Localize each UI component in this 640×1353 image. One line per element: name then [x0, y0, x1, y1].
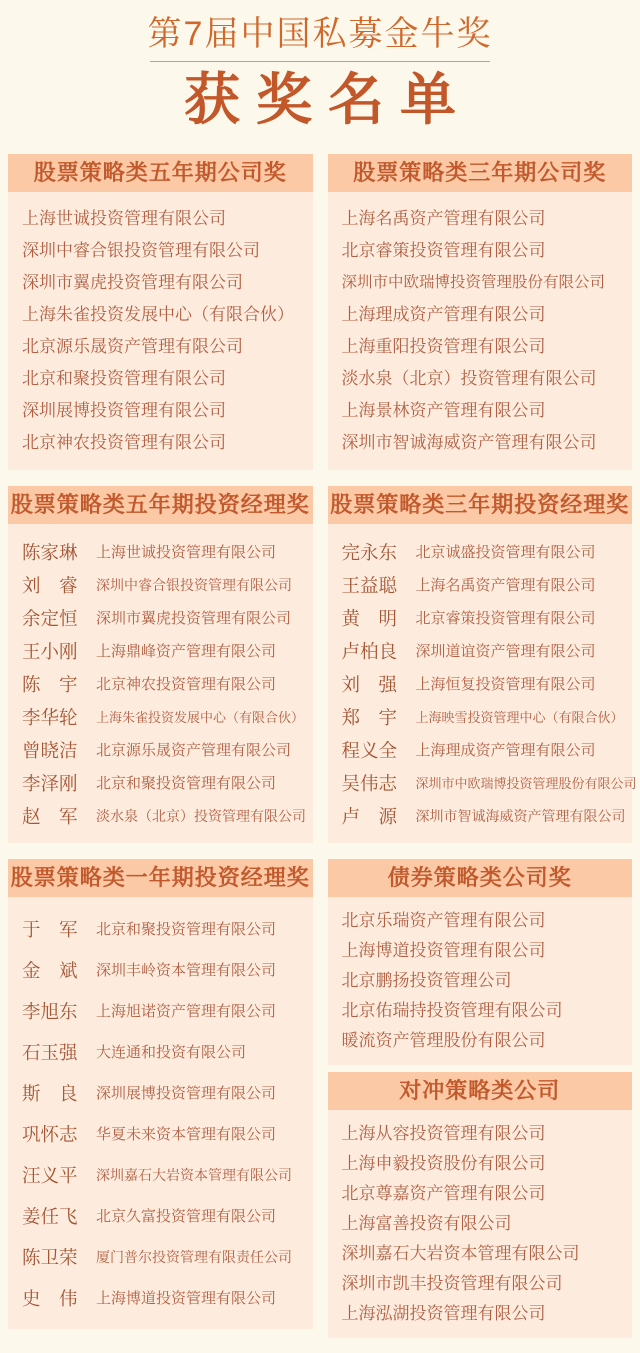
award-columns: 股票策略类五年期公司奖上海世诚投资管理有限公司深圳中睿合银投资管理有限公司深圳市…	[0, 154, 640, 1353]
winner-company: 上海旭诺资产管理有限公司	[88, 1000, 276, 1021]
winner-name: 陈 宇	[22, 671, 88, 697]
award-company: 北京睿策投资管理有限公司	[342, 235, 627, 267]
winner-company: 深圳展博投资管理有限公司	[88, 1082, 276, 1103]
winner-row: 李华轮上海朱雀投资发展中心（有限合伙）	[22, 700, 307, 733]
award-company: 深圳嘉石大岩资本管理有限公司	[342, 1239, 627, 1269]
winner-company: 深圳市翼虎投资管理有限公司	[88, 607, 291, 628]
winner-name: 刘 强	[342, 671, 408, 697]
winner-name: 王小刚	[22, 638, 88, 664]
award-company: 上海景林资产管理有限公司	[342, 395, 627, 427]
winner-name: 郑 宇	[342, 704, 408, 730]
winner-name: 吴伟志	[342, 770, 408, 796]
award-company: 深圳市智诚海威资产管理有限公司	[342, 427, 627, 459]
award-section-title: 债券策略类公司奖	[328, 859, 633, 897]
award-company: 暖流资产管理股份有限公司	[342, 1026, 627, 1056]
winner-row: 卢 源深圳市智诚海威资产管理有限公司	[342, 799, 627, 832]
winner-row: 黄 明北京睿策投资管理有限公司	[342, 601, 627, 634]
winner-name: 李华轮	[22, 704, 88, 730]
award-section: 债券策略类公司奖北京乐瑞资产管理有限公司上海博道投资管理有限公司北京鹏扬投资管理…	[328, 859, 633, 1065]
winner-company: 淡水泉（北京）投资管理有限公司	[88, 806, 306, 826]
award-company: 淡水泉（北京）投资管理有限公司	[342, 363, 627, 395]
winner-name: 程义全	[342, 737, 408, 763]
winner-row: 程义全上海理成资产管理有限公司	[342, 733, 627, 766]
winner-row: 赵 军淡水泉（北京）投资管理有限公司	[22, 799, 307, 832]
winner-name: 完永东	[342, 539, 408, 565]
award-company: 上海名禹资产管理有限公司	[342, 203, 627, 235]
award-list: 上海名禹资产管理有限公司北京睿策投资管理有限公司深圳市中欧瑞博投资管理股份有限公…	[328, 192, 633, 470]
award-company: 上海朱雀投资发展中心（有限合伙）	[22, 299, 307, 331]
winner-company: 深圳道谊资产管理有限公司	[408, 640, 596, 661]
winner-company: 上海世诚投资管理有限公司	[88, 541, 276, 562]
award-section: 股票策略类五年期公司奖上海世诚投资管理有限公司深圳中睿合银投资管理有限公司深圳市…	[8, 154, 313, 470]
award-section: 股票策略类一年期投资经理奖于 军北京和聚投资管理有限公司金 斌深圳丰岭资本管理有…	[8, 859, 313, 1329]
event-title: 第7届中国私募金牛奖	[0, 14, 640, 54]
winner-name: 斯 良	[22, 1080, 88, 1106]
award-company: 北京尊嘉资产管理有限公司	[342, 1179, 627, 1209]
winner-name: 曾晓洁	[22, 737, 88, 763]
winner-row: 王益聪上海名禹资产管理有限公司	[342, 568, 627, 601]
winner-company: 深圳中睿合银投资管理有限公司	[88, 575, 292, 595]
winner-row: 刘 强上海恒复投资管理有限公司	[342, 667, 627, 700]
winner-row: 陈家琳上海世诚投资管理有限公司	[22, 535, 307, 568]
award-section-title: 股票策略类三年期投资经理奖	[328, 486, 633, 524]
winner-row: 余定恒深圳市翼虎投资管理有限公司	[22, 601, 307, 634]
winner-company: 上海恒复投资管理有限公司	[408, 673, 596, 694]
award-company: 深圳市中欧瑞博投资管理股份有限公司	[342, 267, 627, 299]
award-company: 北京鹏扬投资管理公司	[342, 966, 627, 996]
winner-company: 华夏未来资本管理有限公司	[88, 1123, 276, 1144]
winner-company: 上海博道投资管理有限公司	[88, 1287, 276, 1308]
winner-row: 于 军北京和聚投资管理有限公司	[22, 908, 307, 949]
winner-name: 李旭东	[22, 998, 88, 1024]
winner-row: 斯 良深圳展博投资管理有限公司	[22, 1072, 307, 1113]
winner-row: 完永东北京诚盛投资管理有限公司	[342, 535, 627, 568]
winner-name: 史 伟	[22, 1285, 88, 1311]
winner-row: 曾晓洁北京源乐晟资产管理有限公司	[22, 733, 307, 766]
award-company: 深圳中睿合银投资管理有限公司	[22, 235, 307, 267]
winner-company: 北京和聚投资管理有限公司	[88, 918, 276, 939]
left-column: 股票策略类五年期公司奖上海世诚投资管理有限公司深圳中睿合银投资管理有限公司深圳市…	[8, 154, 313, 1345]
winner-name: 李泽刚	[22, 770, 88, 796]
award-company: 上海重阳投资管理有限公司	[342, 331, 627, 363]
title-underline	[150, 61, 490, 62]
award-company: 上海富善投资有限公司	[342, 1209, 627, 1239]
winner-row: 卢柏良深圳道谊资产管理有限公司	[342, 634, 627, 667]
winner-name: 石玉强	[22, 1039, 88, 1065]
winner-row: 郑 宇上海映雪投资管理中心（有限合伙）	[342, 700, 627, 733]
winner-row: 陈卫荣厦门普尔投资管理有限责任公司	[22, 1236, 307, 1277]
award-company: 深圳展博投资管理有限公司	[22, 395, 307, 427]
winner-name: 刘 睿	[22, 572, 88, 598]
winner-row: 李泽刚北京和聚投资管理有限公司	[22, 766, 307, 799]
winner-company: 北京睿策投资管理有限公司	[408, 607, 596, 628]
winner-company: 深圳丰岭资本管理有限公司	[88, 959, 276, 980]
award-section: 股票策略类三年期公司奖上海名禹资产管理有限公司北京睿策投资管理有限公司深圳市中欧…	[328, 154, 633, 470]
winner-name: 姜任飞	[22, 1203, 88, 1229]
winner-company: 上海理成资产管理有限公司	[408, 739, 596, 760]
masthead: 第7届中国私募金牛奖 获奖名单	[0, 0, 640, 132]
winner-name: 汪义平	[22, 1162, 88, 1188]
winner-name: 黄 明	[342, 605, 408, 631]
award-section-title: 对冲策略类公司	[328, 1072, 633, 1110]
winner-name: 陈家琳	[22, 539, 88, 565]
award-company: 北京和聚投资管理有限公司	[22, 363, 307, 395]
winner-name: 巩怀志	[22, 1121, 88, 1147]
right-column: 股票策略类三年期公司奖上海名禹资产管理有限公司北京睿策投资管理有限公司深圳市中欧…	[328, 154, 633, 1353]
winner-company: 深圳市智诚海威资产管理有限公司	[408, 806, 626, 826]
award-section-title: 股票策略类一年期投资经理奖	[8, 859, 313, 897]
award-company: 上海理成资产管理有限公司	[342, 299, 627, 331]
award-company: 上海泓湖投资管理有限公司	[342, 1299, 627, 1329]
award-list: 陈家琳上海世诚投资管理有限公司刘 睿深圳中睿合银投资管理有限公司余定恒深圳市翼虎…	[8, 524, 313, 843]
award-section: 股票策略类三年期投资经理奖完永东北京诚盛投资管理有限公司王益聪上海名禹资产管理有…	[328, 486, 633, 843]
award-list: 于 军北京和聚投资管理有限公司金 斌深圳丰岭资本管理有限公司李旭东上海旭诺资产管…	[8, 897, 313, 1329]
winner-name: 赵 军	[22, 803, 88, 829]
winner-row: 刘 睿深圳中睿合银投资管理有限公司	[22, 568, 307, 601]
winner-name: 金 斌	[22, 957, 88, 983]
award-company: 北京源乐晟资产管理有限公司	[22, 331, 307, 363]
winner-name: 于 军	[22, 916, 88, 942]
winner-company: 上海名禹资产管理有限公司	[408, 574, 596, 595]
winner-row: 石玉强大连通和投资有限公司	[22, 1031, 307, 1072]
award-company: 北京乐瑞资产管理有限公司	[342, 906, 627, 936]
award-section-title: 股票策略类三年期公司奖	[328, 154, 633, 192]
award-list: 完永东北京诚盛投资管理有限公司王益聪上海名禹资产管理有限公司黄 明北京睿策投资管…	[328, 524, 633, 843]
award-section: 股票策略类五年期投资经理奖陈家琳上海世诚投资管理有限公司刘 睿深圳中睿合银投资管…	[8, 486, 313, 843]
winner-name: 余定恒	[22, 605, 88, 631]
award-section-title: 股票策略类五年期投资经理奖	[8, 486, 313, 524]
award-list: 北京乐瑞资产管理有限公司上海博道投资管理有限公司北京鹏扬投资管理公司北京佑瑞持投…	[328, 897, 633, 1065]
winner-row: 金 斌深圳丰岭资本管理有限公司	[22, 949, 307, 990]
winner-company: 上海朱雀投资发展中心（有限合伙）	[88, 707, 304, 726]
winner-name: 陈卫荣	[22, 1244, 88, 1270]
winner-company: 北京神农投资管理有限公司	[88, 673, 276, 694]
winner-company: 深圳市中欧瑞博投资管理股份有限公司	[408, 773, 637, 792]
winner-company: 上海鼎峰资产管理有限公司	[88, 640, 276, 661]
winner-company: 北京源乐晟资产管理有限公司	[88, 739, 291, 760]
winner-name: 卢柏良	[342, 638, 408, 664]
winner-company: 深圳嘉石大岩资本管理有限公司	[88, 1165, 292, 1185]
winner-company: 厦门普尔投资管理有限责任公司	[88, 1247, 292, 1267]
award-section: 对冲策略类公司上海从容投资管理有限公司上海申毅投资股份有限公司北京尊嘉资产管理有…	[328, 1072, 633, 1338]
winner-name: 卢 源	[342, 803, 408, 829]
award-section-title: 股票策略类五年期公司奖	[8, 154, 313, 192]
winner-name: 王益聪	[342, 572, 408, 598]
award-list: 上海世诚投资管理有限公司深圳中睿合银投资管理有限公司深圳市翼虎投资管理有限公司上…	[8, 192, 313, 470]
award-company: 上海从容投资管理有限公司	[342, 1119, 627, 1149]
winner-company: 上海映雪投资管理中心（有限合伙）	[408, 707, 624, 726]
winner-row: 陈 宇北京神农投资管理有限公司	[22, 667, 307, 700]
award-company: 深圳市凯丰投资管理有限公司	[342, 1269, 627, 1299]
page-title: 获奖名单	[0, 70, 640, 132]
winner-company: 北京和聚投资管理有限公司	[88, 772, 276, 793]
award-company: 北京佑瑞持投资管理有限公司	[342, 996, 627, 1026]
winner-row: 史 伟上海博道投资管理有限公司	[22, 1277, 307, 1318]
winner-row: 李旭东上海旭诺资产管理有限公司	[22, 990, 307, 1031]
winner-row: 巩怀志华夏未来资本管理有限公司	[22, 1113, 307, 1154]
award-company: 北京神农投资管理有限公司	[22, 427, 307, 459]
award-company: 上海世诚投资管理有限公司	[22, 203, 307, 235]
winner-company: 北京久富投资管理有限公司	[88, 1205, 276, 1226]
award-list: 上海从容投资管理有限公司上海申毅投资股份有限公司北京尊嘉资产管理有限公司上海富善…	[328, 1110, 633, 1338]
winner-company: 大连通和投资有限公司	[88, 1041, 246, 1062]
award-company: 上海申毅投资股份有限公司	[342, 1149, 627, 1179]
winner-row: 汪义平深圳嘉石大岩资本管理有限公司	[22, 1154, 307, 1195]
winner-company: 北京诚盛投资管理有限公司	[408, 541, 596, 562]
winner-row: 王小刚上海鼎峰资产管理有限公司	[22, 634, 307, 667]
award-company: 深圳市翼虎投资管理有限公司	[22, 267, 307, 299]
winner-row: 姜任飞北京久富投资管理有限公司	[22, 1195, 307, 1236]
award-company: 上海博道投资管理有限公司	[342, 936, 627, 966]
winner-row: 吴伟志深圳市中欧瑞博投资管理股份有限公司	[342, 766, 627, 799]
